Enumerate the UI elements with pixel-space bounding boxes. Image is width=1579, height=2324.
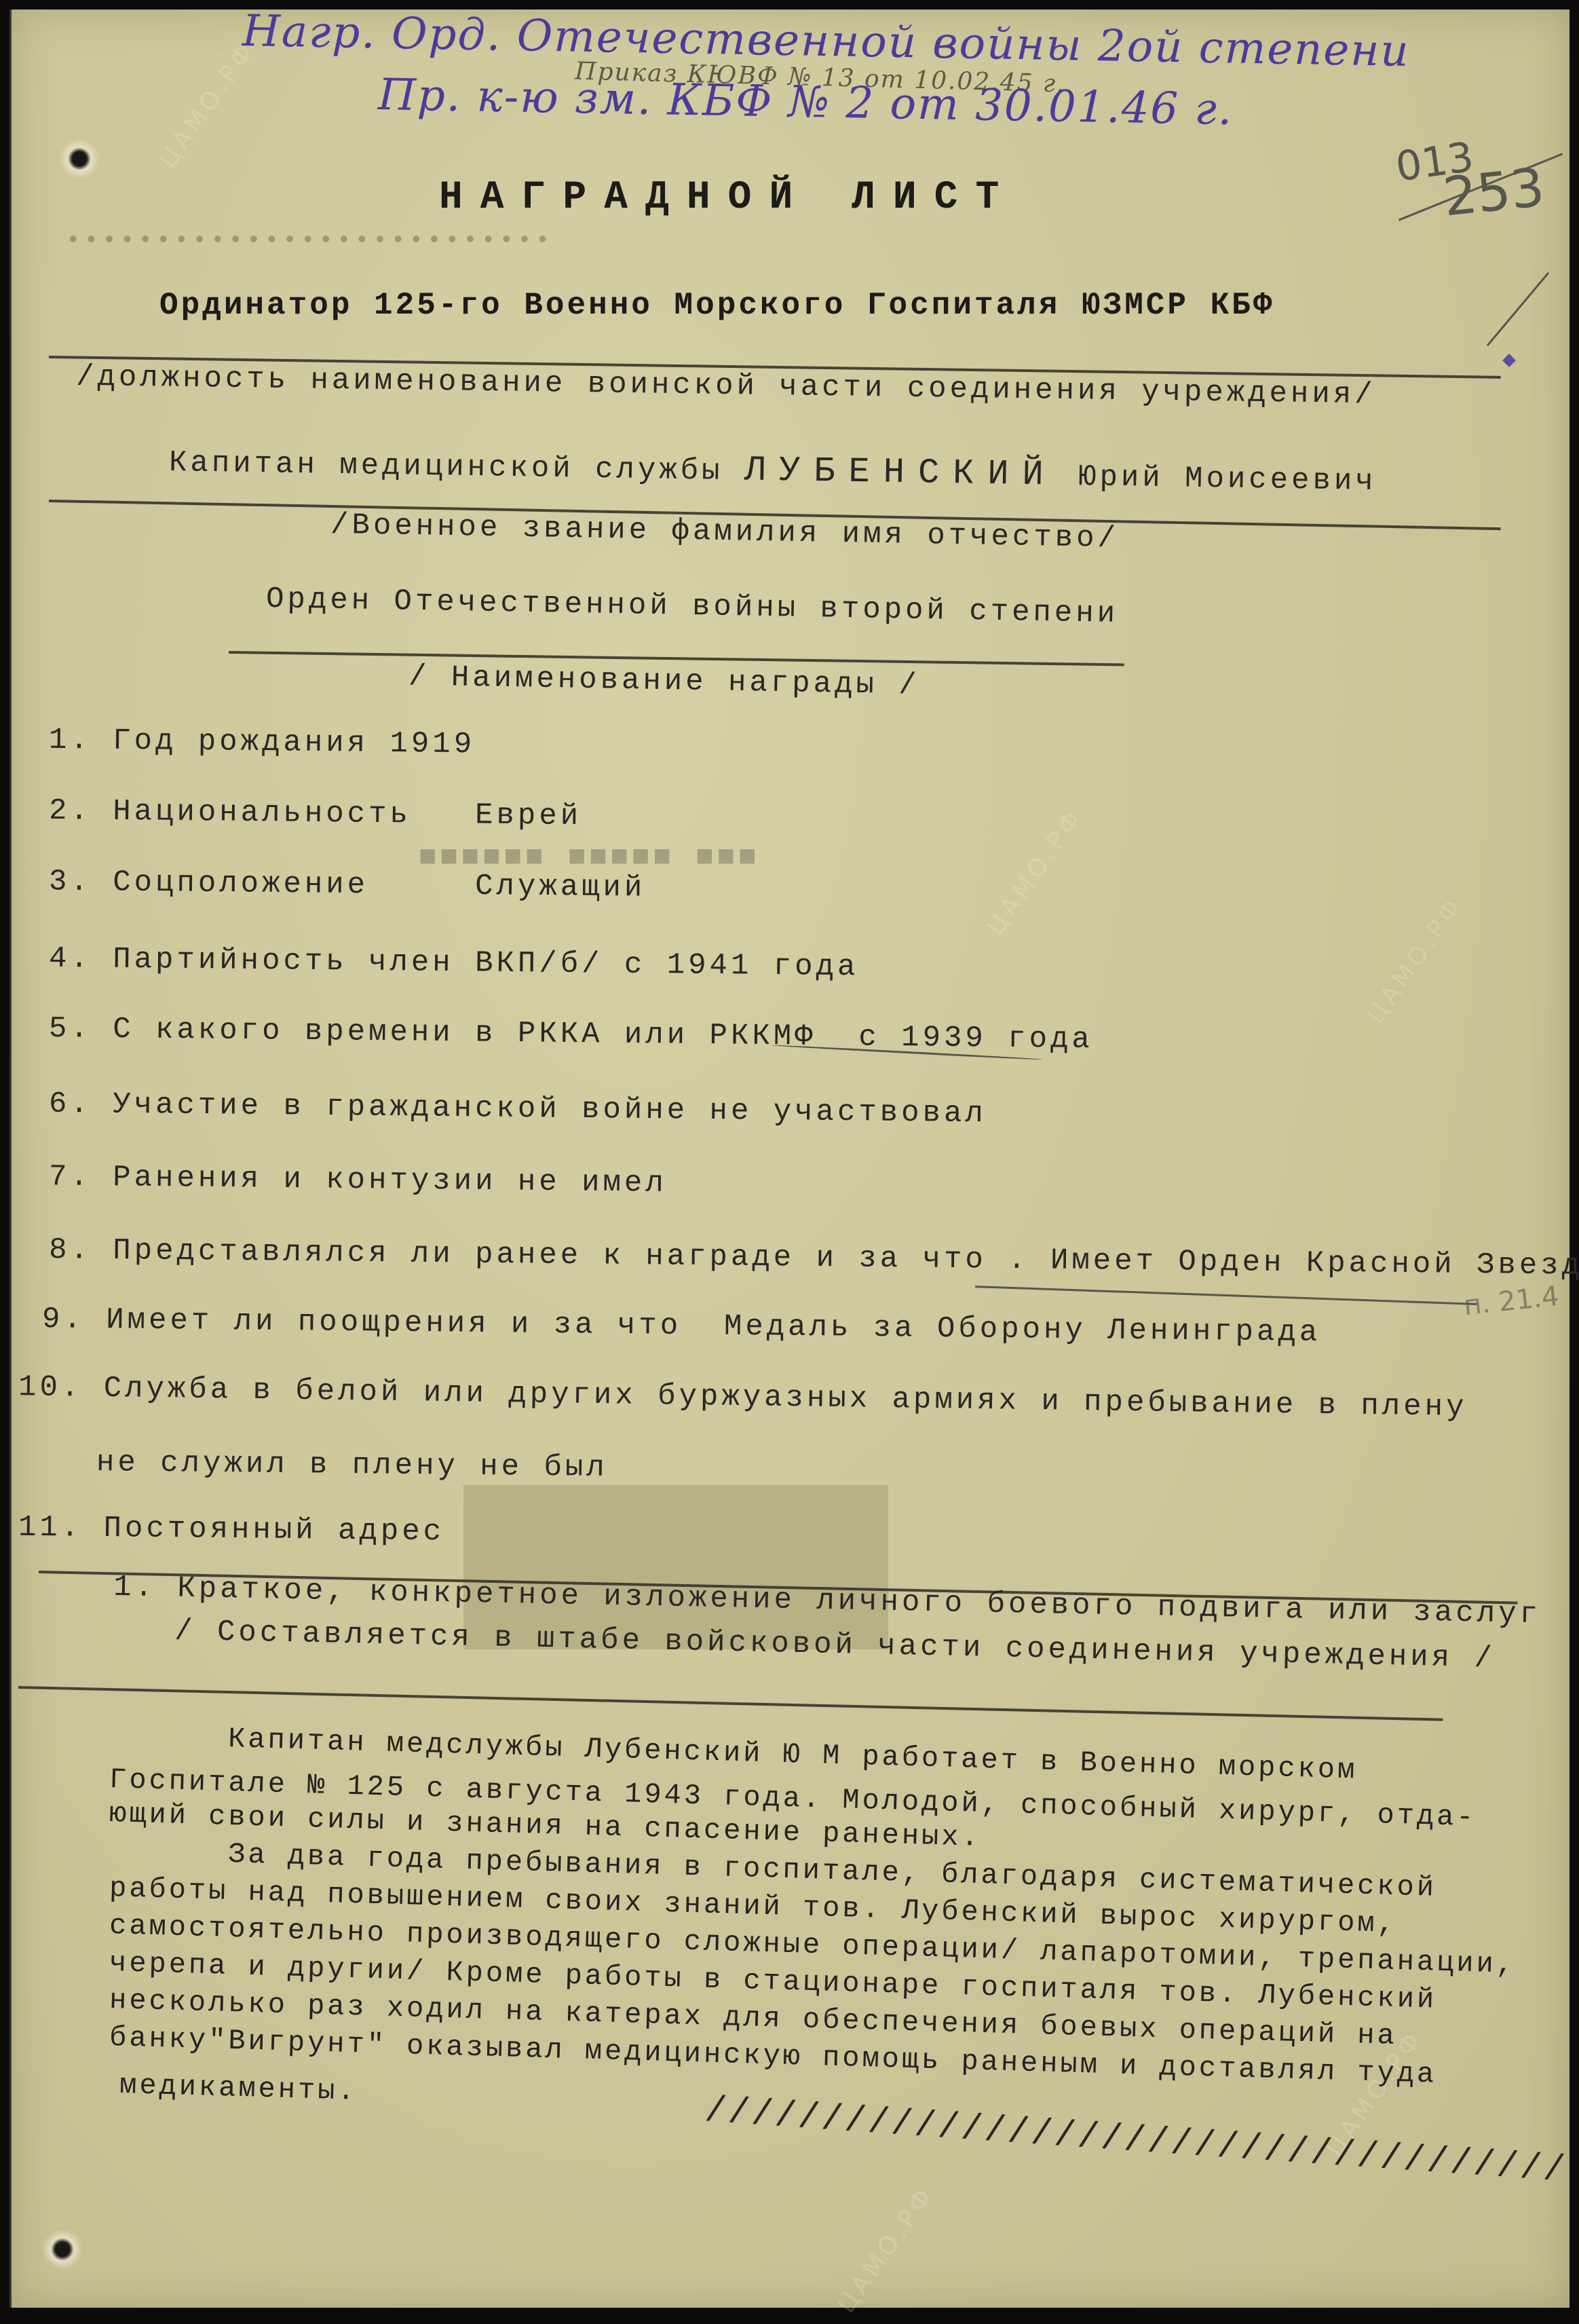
- position-caption: /должность наименование воинской части с…: [76, 360, 1376, 413]
- item-commendations: 9. Имеет ли поощрения и за что Медаль за…: [42, 1302, 1321, 1350]
- end-marks: /////////////////////////////////////: [703, 2091, 1567, 2192]
- watermark: ЦАМО.РФ: [1362, 891, 1470, 1028]
- award-caption: / Наименование награды /: [408, 660, 920, 702]
- divider-line: [18, 1686, 1443, 1721]
- given-names: Юрий Моисеевич: [1078, 460, 1377, 499]
- document-title: НАГРАДНОЙ ЛИСТ: [439, 176, 1016, 220]
- name-line: Капитан медицинской службы ЛУБЕНСКИЙ Юри…: [169, 441, 1377, 500]
- pencil-stroke: [1487, 272, 1549, 346]
- watermark: ЦАМО.РФ: [982, 803, 1090, 940]
- item-social-status: 3. Соцположение Служащий: [49, 865, 646, 905]
- handwritten-order-ink: Пр. к-ю зм. КБФ № 2 от 30.01.46 г.: [377, 70, 1233, 135]
- item-white-army: 10. Служба в белой или других буржуазных…: [18, 1370, 1468, 1425]
- punch-hole: [59, 138, 100, 179]
- item-nationality: 2. Национальность Еврей: [49, 794, 582, 833]
- pencil-underline: [975, 1286, 1477, 1305]
- ink-check-mark: [1502, 354, 1516, 367]
- award-line: Орден Отечественной войны второй степени: [266, 582, 1119, 631]
- watermark: ЦАМО.РФ: [833, 2181, 940, 2318]
- watermark: ЦАМО.РФ: [154, 36, 262, 173]
- archive-number-bottom: 253: [1441, 157, 1547, 228]
- surname: ЛУБЕНСКИЙ: [744, 450, 1057, 495]
- item-prior-awards: 8. Представлялся ли ранее к награде и за…: [49, 1233, 1579, 1283]
- item-address: 11. Постоянный адрес: [18, 1511, 445, 1550]
- rank: Капитан медицинской службы: [169, 446, 723, 489]
- document-page: ЦАМО.РФ ЦАМО.РФ ЦАМО.РФ ЦАМО.РФ ЦАМО.РФ …: [9, 10, 1570, 2308]
- item-birth-year: 1. Год рождания 1919: [49, 724, 476, 762]
- item-party: 4. Партийность член ВКП/б/ с 1941 года: [49, 942, 859, 984]
- body-line: медикаменты.: [119, 2066, 358, 2111]
- name-caption: /Военное звание фамилия имя отчество/: [330, 508, 1120, 556]
- punch-hole: [42, 2229, 83, 2270]
- item-service-since: 5. С какого времени в РККА или РККМФ с 1…: [49, 1012, 1093, 1057]
- position-line: Ординатор 125-го Военно Морского Госпита…: [159, 288, 1274, 323]
- margin-note: п. 21.4: [1462, 1281, 1561, 1322]
- item-civil-war: 6. Участие в гражданской войне не участв…: [49, 1087, 987, 1131]
- item-wounds: 7. Ранения и контузии не имел: [49, 1160, 667, 1201]
- divider-line: [229, 651, 1124, 666]
- item-white-army-value: не служил в плену не был: [96, 1446, 608, 1485]
